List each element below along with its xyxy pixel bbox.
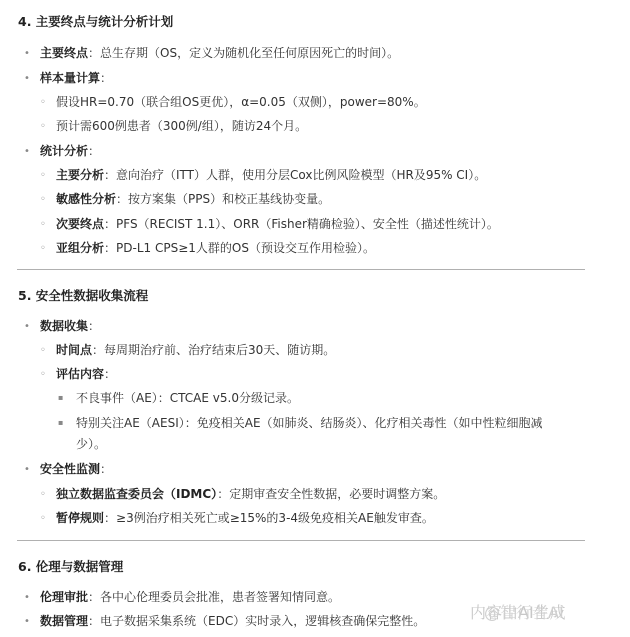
horizontal-rule bbox=[17, 269, 585, 270]
bullet-dot-icon: • bbox=[24, 71, 40, 87]
list-item: •伦理审批：各中心伦理委员会批准，患者签署知情同意。 bbox=[24, 589, 340, 606]
list-item: •主要终点：总生存期（OS，定义为随机化至任何原因死亡的时间）。 bbox=[24, 45, 399, 62]
horizontal-rule bbox=[17, 540, 585, 541]
bullet-square-icon: ▪ bbox=[58, 390, 76, 406]
bullet-square-icon: ▪ bbox=[58, 415, 76, 431]
section-heading-6: 6. 伦理与数据管理 bbox=[18, 557, 123, 575]
bullet-circle-icon: ◦ bbox=[40, 367, 56, 383]
list-item: ◦敏感性分析：按方案集（PPS）和校正基线协变量。 bbox=[40, 191, 330, 208]
list-item: •安全性监测： bbox=[24, 461, 112, 478]
list-item: ◦评估内容： bbox=[40, 366, 116, 383]
list-item: •统计分析： bbox=[24, 143, 100, 160]
list-item: ◦主要分析：意向治疗（ITT）人群，使用分层Cox比例风险模型（HR及95% C… bbox=[40, 167, 486, 184]
list-item: ▪不良事件（AE）：CTCAE v5.0分级记录。 bbox=[58, 390, 299, 406]
list-item: ◦假设HR=0.70（联合组OS更优），α=0.05（双侧），power=80%… bbox=[40, 94, 426, 111]
list-item: •样本量计算： bbox=[24, 70, 112, 87]
bullet-circle-icon: ◦ bbox=[40, 343, 56, 359]
list-item: ◦暂停规则：≥3例治疗相关死亡或≥15%的3-4级免疫相关AE触发审查。 bbox=[40, 510, 434, 527]
section-heading-4: 4. 主要终点与统计分析计划 bbox=[18, 12, 173, 30]
bullet-dot-icon: • bbox=[24, 46, 40, 62]
list-item-continuation: 少）。 bbox=[76, 436, 106, 452]
list-item: •数据管理：电子数据采集系统（EDC）实时录入，逻辑核查确保完整性。 bbox=[24, 613, 425, 630]
bullet-circle-icon: ◦ bbox=[40, 192, 56, 208]
bullet-circle-icon: ◦ bbox=[40, 487, 56, 503]
section-heading-5: 5. 安全性数据收集流程 bbox=[18, 286, 148, 304]
bullet-circle-icon: ◦ bbox=[40, 95, 56, 111]
list-item: ◦预计需600例患者（300例/组），随访24个月。 bbox=[40, 118, 307, 135]
bullet-circle-icon: ◦ bbox=[40, 168, 56, 184]
bullet-dot-icon: • bbox=[24, 319, 40, 335]
watermark: 内容由AI生成 @智行者AI bbox=[470, 600, 566, 623]
bullet-circle-icon: ◦ bbox=[40, 119, 56, 135]
list-item: ▪特别关注AE（AESI）：免疫相关AE（如肺炎、结肠炎）、化疗相关毒性（如中性… bbox=[58, 415, 543, 431]
bullet-circle-icon: ◦ bbox=[40, 241, 56, 257]
list-item: ◦独立数据监查委员会（IDMC）：定期审查安全性数据，必要时调整方案。 bbox=[40, 486, 445, 503]
list-item: ◦次要终点：PFS（RECIST 1.1）、ORR（Fisher精确检验）、安全… bbox=[40, 216, 499, 233]
list-item: ◦时间点：每周期治疗前、治疗结束后30天、随访期。 bbox=[40, 342, 335, 359]
list-item: •数据收集： bbox=[24, 318, 100, 335]
list-item: ◦亚组分析：PD-L1 CPS≥1人群的OS（预设交互作用检验）。 bbox=[40, 240, 375, 257]
bullet-dot-icon: • bbox=[24, 462, 40, 478]
bullet-dot-icon: • bbox=[24, 590, 40, 606]
bullet-dot-icon: • bbox=[24, 614, 40, 630]
bullet-dot-icon: • bbox=[24, 144, 40, 160]
bullet-circle-icon: ◦ bbox=[40, 217, 56, 233]
bullet-circle-icon: ◦ bbox=[40, 511, 56, 527]
